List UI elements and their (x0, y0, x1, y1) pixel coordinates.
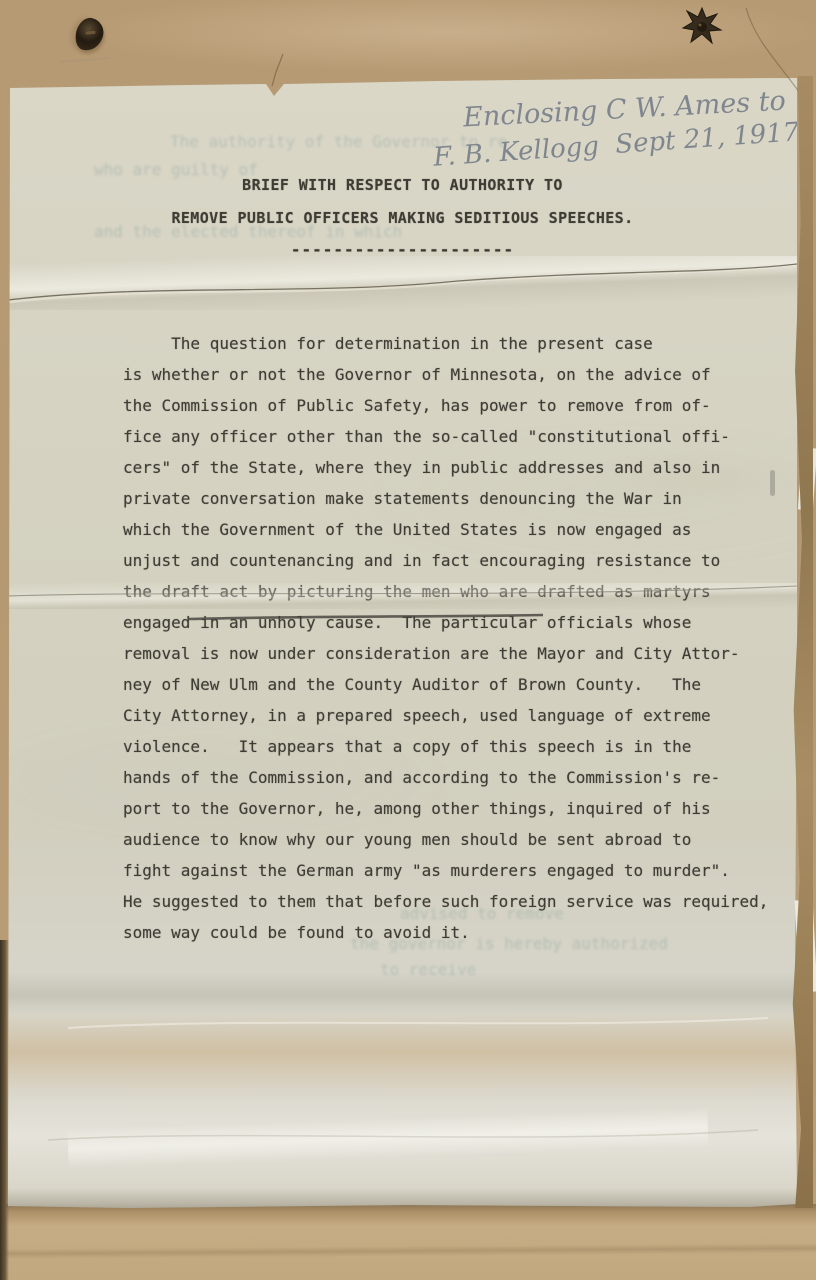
fold-shadow (8, 971, 797, 1015)
scanned-document: The authority of the Governor to re who … (0, 0, 816, 1280)
typed-line: City Attorney, in a prepared speech, use… (123, 700, 768, 731)
fastener-slit (85, 31, 95, 35)
typed-line: ney of New Ulm and the County Auditor of… (123, 669, 768, 700)
brass-fastener-right-icon (681, 5, 723, 47)
typed-line: some way could be found to avoid it. (123, 917, 768, 948)
typed-line: cers" of the State, where they in public… (123, 452, 768, 483)
typed-line: unjust and countenancing and in fact enc… (123, 545, 768, 576)
typed-line: fice any officer other than the so-calle… (123, 421, 768, 452)
typed-line: the Commission of Public Safety, has pow… (123, 390, 768, 421)
typed-line: private conversation make statements den… (123, 483, 768, 514)
typed-line: is whether or not the Governor of Minnes… (123, 359, 768, 390)
typed-line: violence. It appears that a copy of this… (123, 731, 768, 762)
scan-edge-shadow-left (0, 940, 9, 1280)
ink-smudge (770, 470, 775, 496)
typed-line: audience to know why our young men shoul… (123, 824, 768, 855)
paper-crease-middle (8, 583, 797, 609)
typed-line: removal is now under consideration are t… (123, 638, 768, 669)
typed-line: The question for determination in the pr… (123, 328, 768, 359)
typed-line: fight against the German army "as murder… (123, 855, 768, 886)
page-bottom-edge-shadow (8, 1188, 797, 1208)
backing-sheet-bottom (0, 1204, 816, 1280)
typed-line: port to the Governor, he, among other th… (123, 793, 768, 824)
body-text: The question for determination in the pr… (123, 328, 768, 948)
paper-crease-upper (8, 256, 797, 310)
typed-line: hands of the Commission, and according t… (123, 762, 768, 793)
title-line-1: BRIEF WITH RESPECT TO AUTHORITY TO (8, 176, 797, 194)
typed-line: He suggested to them that before such fo… (123, 886, 768, 917)
title-line-2: REMOVE PUBLIC OFFICERS MAKING SEDITIOUS … (8, 209, 797, 227)
typed-line: engaged in an unholy cause. The particul… (123, 607, 768, 638)
document-title: BRIEF WITH RESPECT TO AUTHORITY TO REMOV… (8, 176, 797, 259)
typed-line: which the Government of the United State… (123, 514, 768, 545)
document-page: The authority of the Governor to re who … (8, 78, 797, 1208)
fold-tan-band (8, 1010, 797, 1102)
